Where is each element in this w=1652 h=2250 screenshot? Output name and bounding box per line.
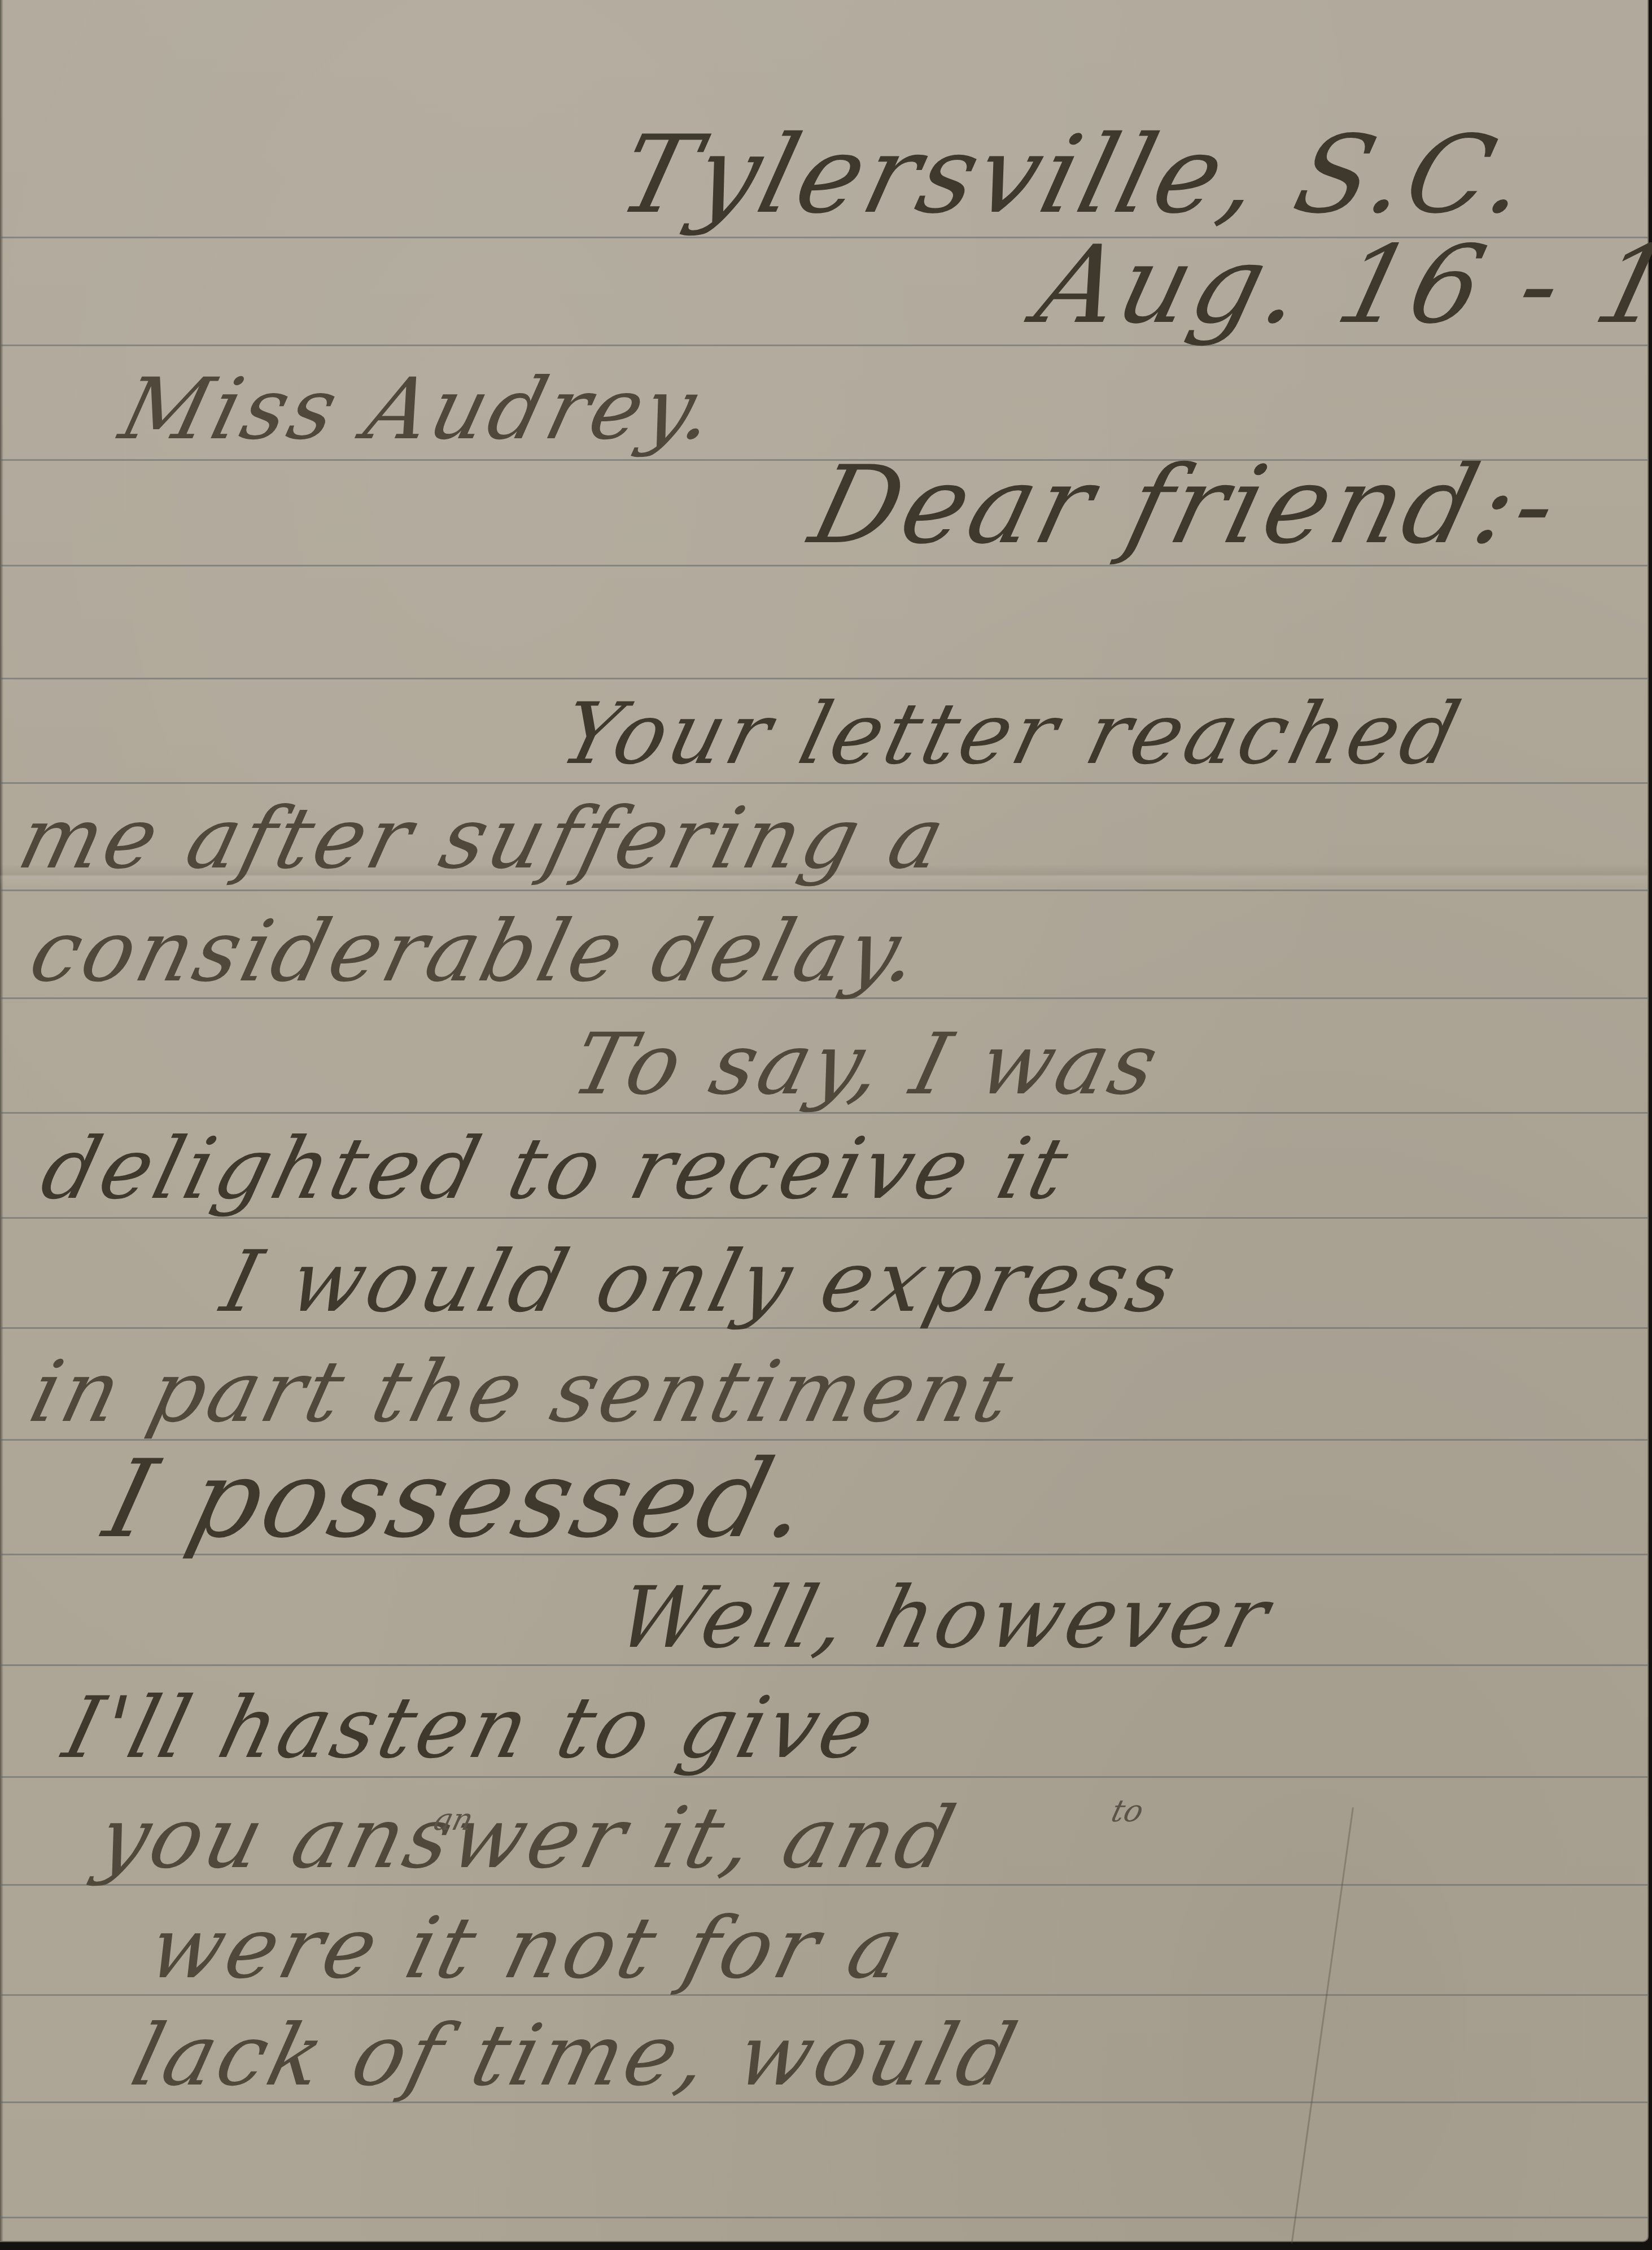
body-line: Well, however	[610, 1576, 1280, 1660]
paper-left-edge	[0, 0, 3, 2241]
body-line: To say, I was	[565, 1022, 1169, 1107]
body-line: were it not for a	[141, 1906, 915, 1991]
ruled-line	[0, 2217, 1647, 2218]
body-line: in part the sentiment	[23, 1350, 1024, 1434]
body-line: considerable delay.	[23, 909, 930, 994]
interlinear-insertion: to	[1108, 1793, 1147, 1829]
body-line: you answer it, and	[90, 1796, 965, 1881]
paper-crease	[1291, 1807, 1354, 2244]
body-line: lack of time, would	[124, 2013, 1027, 2098]
body-line: me after suffering a	[11, 796, 955, 881]
recipient-name: Miss Audrey.	[113, 367, 727, 452]
body-line: I'll hasten to give	[56, 1686, 885, 1771]
body-line: I would only express	[215, 1240, 1187, 1324]
ruled-line	[0, 889, 1647, 891]
heading-place: Tylersville, S.C.	[610, 121, 1542, 229]
body-line: I possessed.	[96, 1446, 823, 1553]
ruled-line	[0, 678, 1647, 679]
body-line: delighted to receive it	[34, 1127, 1078, 1211]
letter-page: Tylersville, S.C. Aug. 16 - 1893. Miss A…	[0, 0, 1649, 2242]
heading-date: Aug. 16 - 1893.	[1028, 232, 1652, 339]
greeting: Dear friend:-	[802, 452, 1570, 559]
body-line: Your letter reached	[553, 692, 1470, 777]
